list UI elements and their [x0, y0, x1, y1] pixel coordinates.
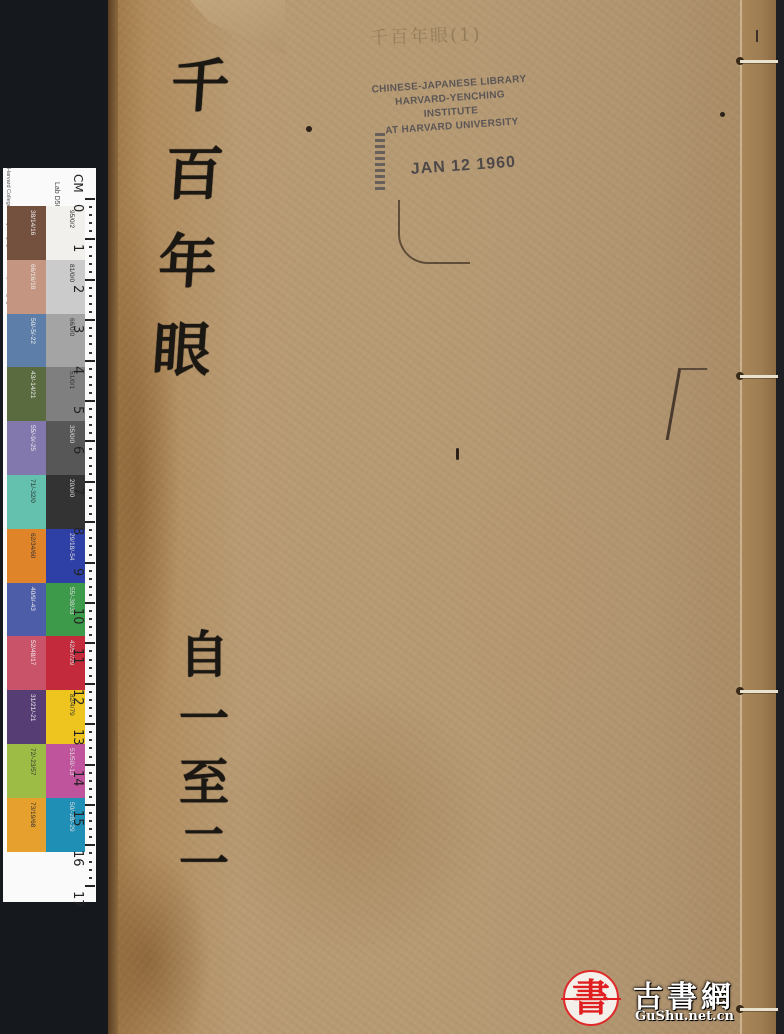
ruler-tick-minor	[89, 570, 92, 572]
ruler-tick-minor	[89, 416, 92, 418]
ruler-number: 8	[69, 527, 85, 535]
ruler-tick-minor	[89, 408, 92, 410]
ruler-tick-minor	[89, 780, 92, 782]
swatch-label: 71/-32/0	[29, 479, 36, 503]
ruler-tick-minor	[89, 465, 92, 467]
ruler-tick-minor	[89, 473, 92, 475]
ruler-tick-minor	[89, 852, 92, 854]
ruler-tick-minor	[89, 756, 92, 758]
ruler-number: 5	[69, 406, 85, 414]
ruler-number: 12	[69, 689, 85, 706]
cover-left-edge	[108, 0, 118, 1034]
color-swatch: 50/-5/-22	[7, 314, 46, 368]
ruler-tick-major	[85, 844, 95, 846]
swatch-label: 52/48/17	[29, 640, 36, 665]
ruler-number: 13	[69, 729, 85, 746]
color-swatch: 43/-14/21	[7, 367, 46, 421]
ruler-number: 14	[69, 770, 85, 787]
ruler-tick-minor	[89, 206, 92, 208]
swatch-label: 38/14/16	[29, 210, 36, 235]
swatch-label: 66/16/18	[29, 264, 36, 289]
ruler-tick-major	[85, 602, 95, 604]
swatch-label: 43/-14/21	[29, 371, 36, 398]
color-swatch: 72/-23/57	[7, 744, 46, 798]
ruler-tick-major	[85, 562, 95, 564]
gushu-watermark: 書 古書網 GuShu.net.cn	[563, 970, 778, 1028]
watermark-url: GuShu.net.cn	[635, 1009, 734, 1024]
swatch-label: 31/21/-21	[29, 694, 36, 721]
ruler-tick-minor	[89, 715, 92, 717]
ruler-tick-major	[85, 804, 95, 806]
ruler-tick-minor	[89, 303, 92, 305]
ruler-tick-minor	[89, 424, 92, 426]
ruler-tick-minor	[89, 513, 92, 515]
ruler-tick-minor	[89, 545, 92, 547]
ruler-tick-major	[85, 440, 95, 442]
ruler-tick-minor	[89, 877, 92, 879]
swatch-label: 50/-5/-22	[29, 318, 36, 344]
ruler-tick-minor	[89, 392, 92, 394]
seal-logo-icon: 書	[563, 970, 619, 1026]
spine-fold-line	[740, 0, 742, 1034]
paper-tear	[398, 200, 470, 264]
swatch-label: 40/9/-43	[29, 587, 36, 611]
swatch-label: 62/34/60	[29, 533, 36, 558]
ruler-number: 11	[69, 648, 85, 665]
ruler-tick-minor	[89, 287, 92, 289]
binding-stitch	[740, 60, 778, 63]
ruler-tick-minor	[89, 626, 92, 628]
ruler-tick-minor	[89, 836, 92, 838]
ruler-tick-minor	[89, 214, 92, 216]
ruler-tick-minor	[89, 618, 92, 620]
ruler-number: 15	[69, 810, 85, 827]
ruler-tick-minor	[89, 594, 92, 596]
ruler-tick-minor	[89, 610, 92, 612]
ruler-tick-minor	[89, 691, 92, 693]
ink-spot	[306, 126, 312, 132]
volume-note: 自一至二	[165, 628, 235, 884]
ruler-tick-minor	[89, 820, 92, 822]
ruler-tick-minor	[89, 586, 92, 588]
ruler-tick-minor	[89, 246, 92, 248]
ink-spot	[456, 448, 459, 460]
ruler-tick-major	[85, 521, 95, 523]
ruler-tick-major	[85, 198, 95, 200]
ruler-tick-major	[85, 683, 95, 685]
pencil-annotation: 千百年眼(1)	[370, 20, 482, 50]
color-swatch: 62/34/60	[7, 529, 46, 583]
binding-stitch	[740, 690, 778, 693]
ruler-tick-minor	[89, 311, 92, 313]
ruler-tick-major	[85, 400, 95, 402]
ruler-number: 3	[69, 325, 85, 333]
ruler-tick-minor	[89, 731, 92, 733]
ruler-tick-minor	[89, 796, 92, 798]
ruler-tick-minor	[89, 448, 92, 450]
ruler-tick-major	[85, 885, 95, 887]
ruler-tick-major	[85, 481, 95, 483]
ruler-tick-minor	[89, 537, 92, 539]
color-swatch: 55/-9/-25	[7, 421, 46, 475]
ruler-tick-minor	[89, 650, 92, 652]
ruler-tick-minor	[89, 699, 92, 701]
ruler-tick-minor	[89, 327, 92, 329]
ruler-tick-major	[85, 319, 95, 321]
ruler-number: 6	[69, 446, 85, 454]
ruler-unit: CM	[69, 174, 85, 193]
ruler-tick-minor	[89, 271, 92, 273]
ruler-tick-minor	[89, 861, 92, 863]
ruler-tick-major	[85, 723, 95, 725]
ruler-tick-minor	[89, 788, 92, 790]
ruler-tick-minor	[89, 352, 92, 354]
ruler-number: 2	[69, 285, 85, 293]
ruler-tick-minor	[89, 432, 92, 434]
spine-mark	[756, 30, 758, 42]
binding-stitch	[740, 375, 778, 378]
ruler-tick-minor	[89, 255, 92, 257]
ruler-tick-major	[85, 279, 95, 281]
ruler-number: 4	[69, 366, 85, 374]
ruler-tick-minor	[89, 489, 92, 491]
color-swatch: 73/19/68	[7, 798, 46, 852]
ruler-tick-minor	[89, 772, 92, 774]
ruler-number: 0	[69, 204, 85, 212]
swatch-label: 55/-9/-25	[29, 425, 36, 451]
ruler-number: 7	[69, 487, 85, 495]
ruler-tick-major	[85, 360, 95, 362]
library-stamp: CHINESE-JAPANESE LIBRARY HARVARD-YENCHIN…	[369, 73, 535, 182]
cm-ruler: CM 01234567891011121314151617	[67, 168, 96, 902]
ruler-tick-minor	[89, 739, 92, 741]
ruler-tick-minor	[89, 343, 92, 345]
ruler-tick-minor	[89, 263, 92, 265]
ruler-number: 17	[69, 891, 85, 908]
ruler-tick-minor	[89, 335, 92, 337]
ruler-tick-minor	[89, 747, 92, 749]
ruler-tick-minor	[89, 675, 92, 677]
color-swatch: 71/-32/0	[7, 475, 46, 529]
ink-spot	[720, 112, 725, 117]
ruler-tick-minor	[89, 230, 92, 232]
ruler-number: 9	[69, 568, 85, 576]
ruler-tick-minor	[89, 707, 92, 709]
color-swatch: 31/21/-21	[7, 690, 46, 744]
ruler-number: 1	[69, 244, 85, 252]
ruler-tick-minor	[89, 222, 92, 224]
ruler-tick-minor	[89, 497, 92, 499]
color-swatch: 38/14/16	[7, 206, 46, 260]
ruler-tick-minor	[89, 457, 92, 459]
color-swatch: 52/48/17	[7, 636, 46, 690]
ruler-tick-minor	[89, 505, 92, 507]
right-background	[776, 0, 784, 1034]
color-swatch: 66/16/18	[7, 260, 46, 314]
swatch-label: 73/19/68	[29, 802, 36, 827]
ruler-tick-minor	[89, 295, 92, 297]
ruler-tick-minor	[89, 812, 92, 814]
ruler-tick-minor	[89, 368, 92, 370]
ruler-tick-minor	[89, 578, 92, 580]
ruler-tick-minor	[89, 384, 92, 386]
ruler-tick-minor	[89, 554, 92, 556]
ruler-tick-minor	[89, 659, 92, 661]
ruler-number: 16	[69, 850, 85, 867]
color-swatch: 40/9/-43	[7, 583, 46, 637]
ruler-tick-minor	[89, 828, 92, 830]
ruler-tick-minor	[89, 869, 92, 871]
color-calibration-card: Harvard College Library Imaging Services…	[3, 168, 96, 902]
ruler-tick-major	[85, 642, 95, 644]
ruler-tick-major	[85, 764, 95, 766]
ruler-tick-minor	[89, 529, 92, 531]
ruler-tick-minor	[89, 634, 92, 636]
swatch-label: 72/-23/57	[29, 748, 36, 775]
binding-spine	[740, 0, 776, 1034]
ruler-tick-major	[85, 238, 95, 240]
ruler-tick-minor	[89, 376, 92, 378]
ruler-tick-minor	[89, 667, 92, 669]
ruler-number: 10	[69, 608, 85, 625]
